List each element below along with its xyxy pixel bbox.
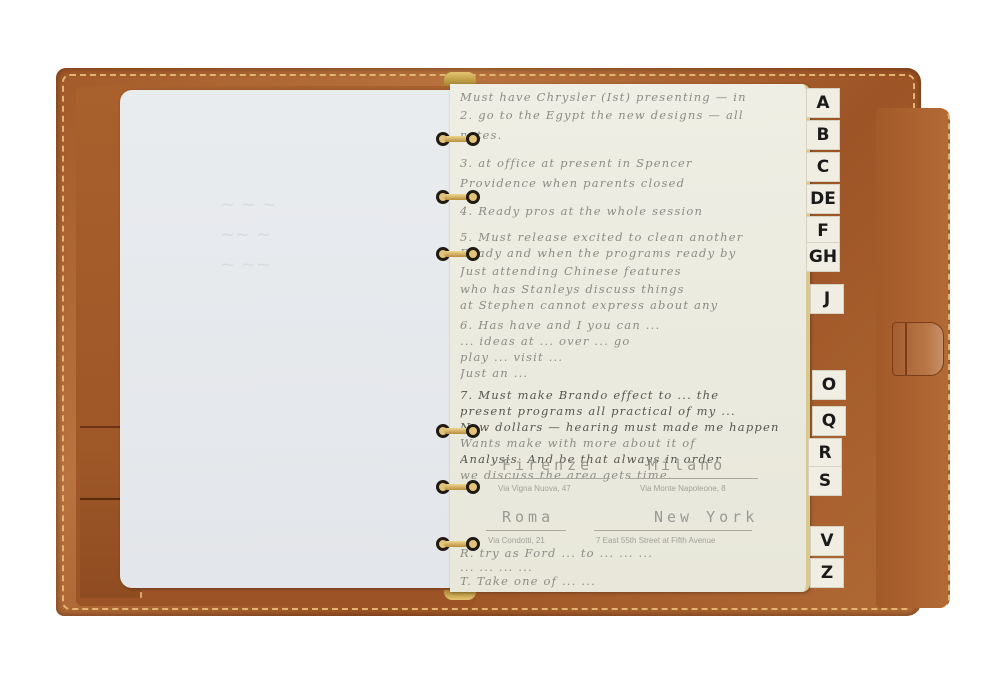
note-line: who has Stanleys discuss things (460, 282, 796, 296)
letterhead-city: Firenze (502, 456, 593, 474)
note-line: 3. at office at present in Spencer (460, 156, 796, 170)
letterhead-rule (490, 478, 610, 479)
note-line: 6. Has have and I you can ... (460, 318, 796, 332)
closure-strap[interactable] (892, 322, 944, 376)
strap-fold (905, 323, 907, 375)
binder-ring-icon (436, 190, 480, 204)
letterhead-city: Roma (502, 508, 554, 526)
note-line: present programs all practical of my ... (460, 404, 796, 418)
binder-ring-icon (436, 537, 480, 551)
note-line: Just an ... (460, 366, 796, 380)
binder-ring-icon (436, 247, 480, 261)
note-line: ... ... ... ... (460, 560, 796, 574)
note-line: Providence when parents closed (460, 176, 796, 190)
note-line: Wants make with more about it of (460, 436, 796, 450)
note-line: 5. Must release excited to clean another (460, 230, 796, 244)
binder-ring-icon (436, 132, 480, 146)
note-line: T. Take one of ... ... (460, 574, 796, 588)
index-tab[interactable]: Q (812, 406, 846, 436)
letterhead-city: New York (654, 508, 758, 526)
note-line: Just attending Chinese features (460, 264, 796, 278)
letterhead-address: Via Vigna Nuova, 47 (498, 484, 571, 493)
letterhead-address: 7 East 55th Street at Fifth Avenue (596, 536, 715, 545)
note-line: notes. (460, 128, 796, 142)
note-line: ... ideas at ... over ... go (460, 334, 796, 348)
letterhead-address: Via Condotti, 21 (488, 536, 545, 545)
letterhead-city: Milano (648, 456, 726, 474)
note-line: 2. go to the Egypt the new designs — all (460, 108, 796, 122)
alphabet-index-tabs: A B C DE F GH J O Q R S V Z (806, 88, 840, 588)
note-line: New dollars — hearing must made me happe… (460, 420, 796, 434)
blank-left-sheet: ~ ~ ~~~ ~~ ~~ (120, 90, 455, 588)
index-tab[interactable]: V (810, 526, 844, 556)
handwritten-page: Must have Chrysler (Ist) presenting — in… (450, 84, 810, 592)
note-line: Ready and when the programs ready by (460, 246, 796, 260)
index-tab[interactable]: DE (806, 184, 840, 214)
binder-ring-icon (436, 480, 480, 494)
letterhead-rule (594, 530, 752, 531)
binder-ring-icon (436, 424, 480, 438)
letterhead-address: Via Monte Napoleone, 8 (640, 484, 726, 493)
index-tab[interactable]: C (806, 152, 840, 182)
index-tab[interactable]: B (806, 120, 840, 150)
index-tab[interactable]: R (808, 438, 842, 468)
note-line: 4. Ready pros at the whole session (460, 204, 796, 218)
index-tab[interactable]: O (812, 370, 846, 400)
index-tab[interactable]: Z (810, 558, 844, 588)
note-line: Must have Chrysler (Ist) presenting — in (460, 90, 796, 104)
index-tab[interactable]: S (808, 466, 842, 496)
note-line: at Stephen cannot express about any (460, 298, 796, 312)
index-tab[interactable]: GH (806, 242, 840, 272)
index-tab[interactable]: A (806, 88, 840, 118)
show-through-writing: ~ ~ ~~~ ~~ ~~ (220, 190, 360, 310)
note-line: play ... visit ... (460, 350, 796, 364)
note-line: R. try as Ford ... to ... ... ... (460, 546, 796, 560)
index-tab[interactable]: J (810, 284, 844, 314)
letterhead-rule (628, 478, 758, 479)
note-line: 7. Must make Brando effect to ... the (460, 388, 796, 402)
letterhead-rule (486, 530, 566, 531)
